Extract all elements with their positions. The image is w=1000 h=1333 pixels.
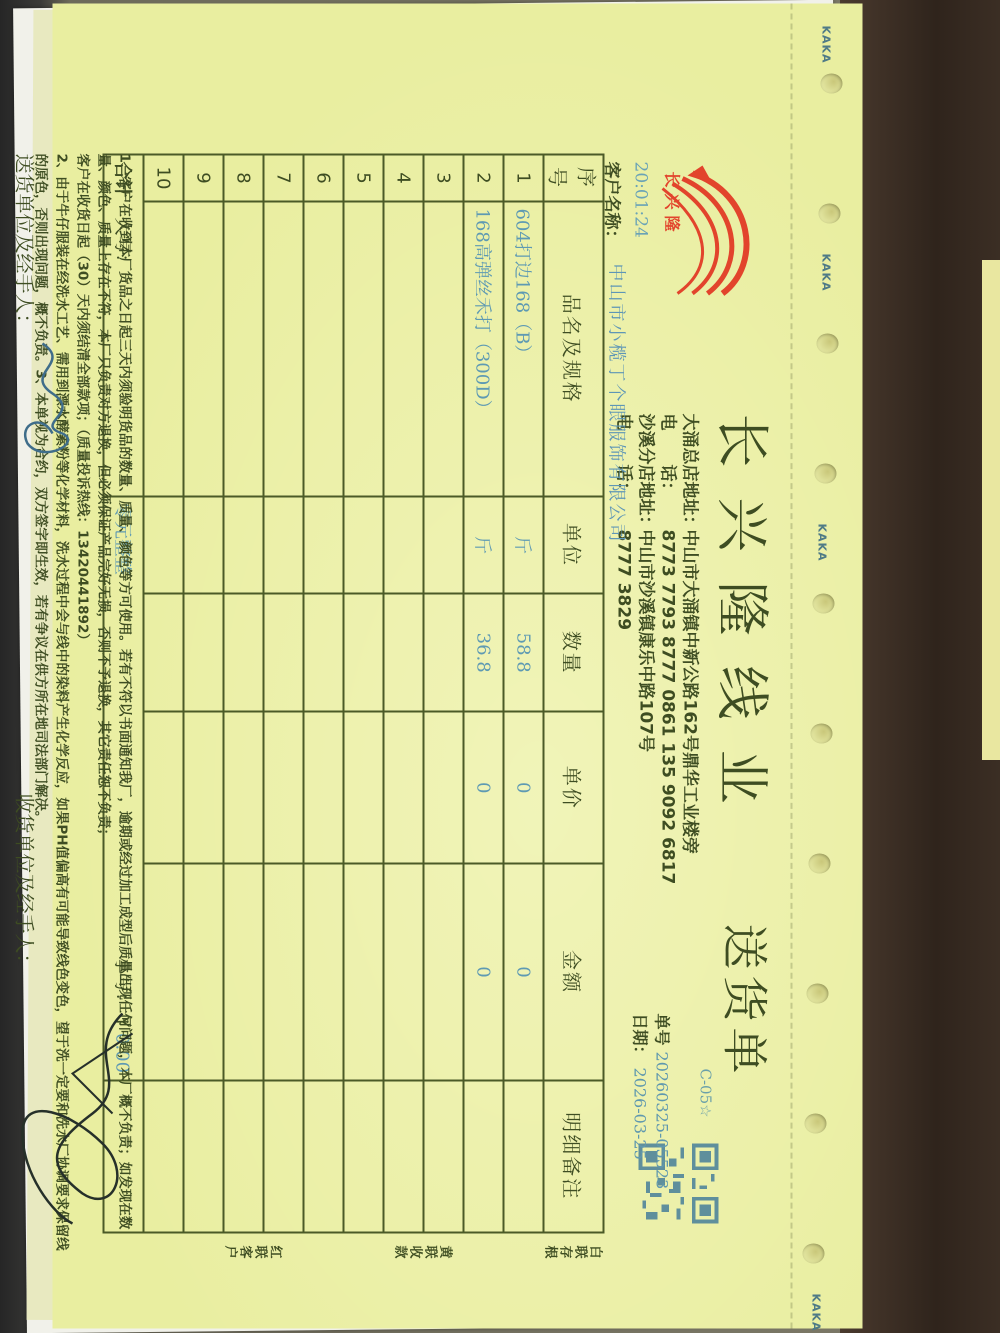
customer-name: 中山市小榄丁个眼服饰有限公司 <box>605 264 631 544</box>
table-row: 3 <box>424 155 464 1233</box>
feed-hole <box>817 334 839 354</box>
table-row: 4 <box>384 155 424 1233</box>
table-row: 9 <box>184 155 224 1233</box>
table-row: 1604打边168（B）斤58.800 <box>504 155 544 1233</box>
term-1b: 客户在收货日起（30）天内须结清全部款项；（质量投诉热线：13420441892… <box>72 154 93 1254</box>
sender-signature-label: 送货单位及经手人： <box>12 154 41 334</box>
feed-hole <box>803 1244 825 1264</box>
feed-hole <box>809 854 831 874</box>
copy-label-red: 红联客户 <box>223 1246 283 1260</box>
header-qty: 数量 <box>544 594 604 712</box>
form-code: C-05☆ <box>697 1069 715 1118</box>
side-stamp: KAKA <box>820 26 833 64</box>
header-amount: 金额 <box>544 864 604 1080</box>
print-time: 20:01:24 <box>631 162 651 238</box>
header-price: 单价 <box>544 712 604 864</box>
table-header-row: 序号 品名及规格 单位 数量 单价 金额 明细备注 <box>544 155 604 1233</box>
branch-address: 沙溪分店地址：中山市沙溪镇康乐中路107号 <box>636 414 661 753</box>
header-note: 明细备注 <box>544 1080 604 1232</box>
table-row: 7 <box>264 155 304 1233</box>
feed-hole <box>821 74 843 94</box>
header-unit: 单位 <box>544 496 604 594</box>
form-content: 长兴隆 长兴隆线业 送货单 大涌总店地址：中山市大涌镇中新公路162号鼎华工业楼… <box>33 114 803 1274</box>
copy-label-yellow: 黄联收款 <box>393 1246 453 1260</box>
side-stamp: KAKA <box>810 1294 823 1332</box>
side-stamp: KAKA <box>816 524 829 562</box>
delivery-note-sheet: KAKA KAKA KAKA KAKA 长兴隆 长兴隆线业 送货单 大涌总店地址… <box>53 4 863 1329</box>
table-row: 10 <box>144 155 184 1233</box>
table-row: 2168高弹丝禾打（300D）斤36.800 <box>464 155 504 1233</box>
document-number: 单号20260325-05523 <box>652 1014 675 1190</box>
head-office-address: 大涌总店地址：中山市大涌镇中新公路162号鼎华工业楼旁 <box>680 414 705 855</box>
document-title: 送货单 <box>715 924 781 1080</box>
table-row: 5 <box>344 155 384 1233</box>
feed-hole <box>815 464 837 484</box>
document-date: 日期：2026-03-25 <box>630 1014 653 1160</box>
feed-hole <box>807 984 829 1004</box>
company-name: 长兴隆线业 <box>708 414 785 834</box>
head-office-phone: 电 话：8773 7793 8777 0861 135 9092 6817 <box>658 414 683 885</box>
term-1: 1、客户在收到本厂货品之日起三天内须验明货品的数量、质量、颜色等方可使用。若有不… <box>93 154 135 1254</box>
table-row: 6 <box>304 155 344 1233</box>
background-wood <box>840 0 1000 1333</box>
customer-label: 客户名称： <box>602 162 627 247</box>
terms-text: 1、客户在收到本厂货品之日起三天内须验明货品的数量、质量、颜色等方可使用。若有不… <box>30 154 135 1254</box>
delivery-note-photo: KAKA KAKA KAKA KAKA 长兴隆 长兴隆线业 送货单 大涌总店地址… <box>52 4 862 1329</box>
background-paper-slip <box>982 260 1000 760</box>
receiver-signature-label: 收货单位及经手人： <box>12 794 41 974</box>
feed-hole <box>805 1114 827 1134</box>
items-table: 序号 品名及规格 单位 数量 单价 金额 明细备注 1604打边168（B）斤5… <box>103 154 605 1234</box>
logo-text: 长兴隆 <box>662 172 685 238</box>
table-row: 8 <box>224 155 264 1233</box>
copy-label-white: 白联存根 <box>543 1246 603 1260</box>
feed-hole <box>819 204 841 224</box>
header-name: 品名及规格 <box>544 201 604 496</box>
side-stamp: KAKA <box>820 254 833 292</box>
header-no: 序号 <box>544 155 604 202</box>
feed-hole <box>813 594 835 614</box>
feed-hole <box>811 724 833 744</box>
